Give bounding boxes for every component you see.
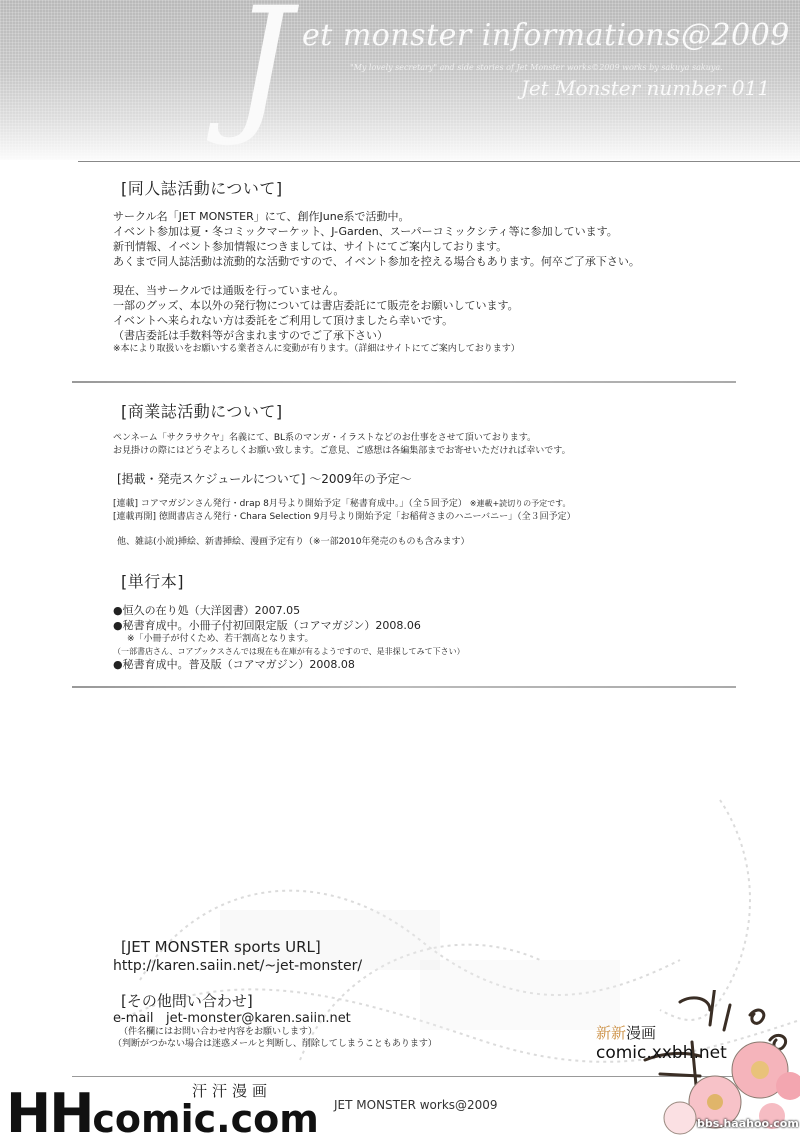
section-books: [単行本] 恒久の在り処（大洋図書）2007.05 秘書育成中。小冊子付初回限定… [113,569,753,672]
contact-note: （判断がつかない場合は迷惑メールと判断し、削除してしまうこともあります） [113,1038,437,1050]
hhcomic-cn-label: 汗汗漫画 [192,1080,272,1101]
section-heading: [同人誌活動について] [121,176,753,199]
contact-heading: [その他問い合わせ] [121,990,437,1011]
header-divider [78,161,800,162]
schedule-item: [連載] コアマガジンさん発行・drap 8月号より開始予定「秘書育成中。」（全… [113,497,753,511]
book-item: 秘書育成中。小冊子付初回限定版（コアマガジン）2008.06 [113,618,753,633]
page-subtitle: "My lovely secretary" and side stories o… [350,63,723,72]
book-note: ※「小冊子が付くため、若干割高となります。 [113,633,753,646]
text-line: 一部のグッズ、本以外の発行物については書店委託にて販売をお願いしています。 [113,298,753,313]
note-line: ※本により取扱いをお願いする業者さんに変動が有ります。（詳細はサイトにてご案内し… [113,343,753,356]
footer-credit: JET MONSTER works@2009 [334,1098,498,1112]
issue-number: Jet Monster number 011 [521,76,770,100]
text-line: 現在、当サークルでは通販を行っていません。 [113,283,753,298]
book-item: 秘書育成中。普及版（コアマガジン）2008.08 [113,657,753,672]
text-line: お見掛けの際にはどうぞよろしくお願い致します。ご意見、ご感想は各編集部までお寄せ… [113,445,753,458]
contact-section: [JET MONSTER sports URL] http://karen.sa… [113,938,437,1050]
title-initial: J [232,0,292,138]
email-link[interactable]: jet-monster@karen.saiin.net [166,1011,351,1026]
schedule-heading: [掲載・発売スケジュールについて] ～2009年の予定～ [117,470,753,487]
schedule-note: ※連載+読切りの予定です。 [470,499,571,508]
site-url-link[interactable]: http://karen.saiin.net/~jet-monster/ [113,958,437,974]
cherry-blossom-icon [640,990,800,1138]
xxbh-watermark: 新新漫画 comic.xxbh.net [596,1022,727,1063]
section-commercial: [商業誌活動について] ペンネーム「サクラサクヤ」名義にて、BL系のマンガ・イラ… [113,399,753,549]
xxbh-site: comic.xxbh.net [596,1043,727,1063]
text-line: （書店委託は手数料等が含まれますのでご了承下さい） [113,328,753,343]
email-line: e-mail jet-monster@karen.saiin.net [113,1011,437,1026]
section-heading: [商業誌活動について] [121,399,753,422]
section-divider [72,686,736,688]
page-title: et monster informations@2009 [302,18,790,53]
haahoo-watermark: bbs.haahoo.com [697,1117,799,1130]
section-doujin: [同人誌活動について] サークル名「JET MONSTER」にて、創作June系… [113,176,753,356]
schedule-item: [連載再開] 徳間書店さん発行・Chara Selection 9月号より開始予… [113,511,753,524]
text-line: 新刊情報、イベント参加情報につきましては、サイトにてご案内しております。 [113,239,753,254]
email-label: e-mail [113,1011,154,1026]
text-line: イベントへ来られない方は委託をご利用して頂けましたら幸いです。 [113,313,753,328]
book-note: （一部書店さん、コアブックスさんでは現在も在庫が有るようですので、是非探してみて… [113,646,753,657]
text-line: あくまで同人誌活動は流動的な活動ですので、イベント参加を控える場合もあります。何… [113,254,753,269]
header-banner: J et monster informations@2009 "My lovel… [0,0,800,160]
text-line: サークル名「JET MONSTER」にて、創作June系で活動中。 [113,209,753,224]
contact-note: （件名欄にはお問い合わせ内容をお願いします） [113,1026,437,1038]
section-divider [72,381,736,383]
url-heading: [JET MONSTER sports URL] [121,938,437,956]
text-line: イベント参加は夏・冬コミックマーケット、J-Garden、スーパーコミックシティ… [113,224,753,239]
book-item: 恒久の在り処（大洋図書）2007.05 [113,603,753,618]
text-line: ペンネーム「サクラサクヤ」名義にて、BL系のマンガ・イラストなどのお仕事をさせて… [113,432,753,445]
other-work-note: 他、雑誌(小説)挿絵、新書挿絵、漫画予定有り（※一部2010年発売のものも含みま… [113,536,753,549]
section-heading: [単行本] [121,569,753,592]
